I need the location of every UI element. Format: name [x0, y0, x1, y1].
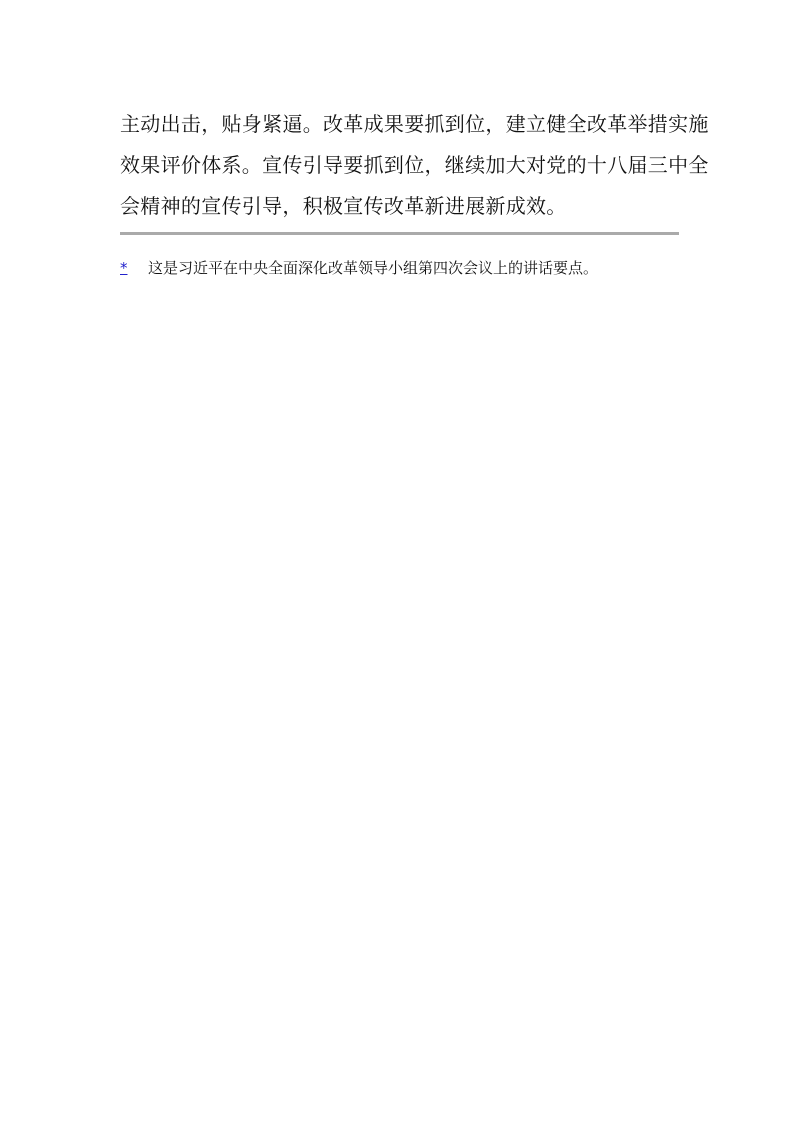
- body-text: 主动出击，贴身紧逼。改革成果要抓到位，建立健全改革举措实施 效果评价体系。宣传引…: [120, 104, 680, 227]
- paragraph-line: 主动出击，贴身紧逼。改革成果要抓到位，建立健全改革举措实施: [120, 104, 680, 145]
- footnote-separator: [120, 232, 679, 235]
- footnote-text: 这是习近平在中央全面深化改革领导小组第四次会议上的讲话要点。: [148, 257, 598, 279]
- paragraph-line: 会精神的宣传引导，积极宣传改革新进展新成效。: [120, 186, 680, 227]
- footnote: * 这是习近平在中央全面深化改革领导小组第四次会议上的讲话要点。: [120, 257, 680, 279]
- paragraph-line: 效果评价体系。宣传引导要抓到位，继续加大对党的十八届三中全: [120, 145, 680, 186]
- footnote-marker-link[interactable]: *: [120, 257, 148, 279]
